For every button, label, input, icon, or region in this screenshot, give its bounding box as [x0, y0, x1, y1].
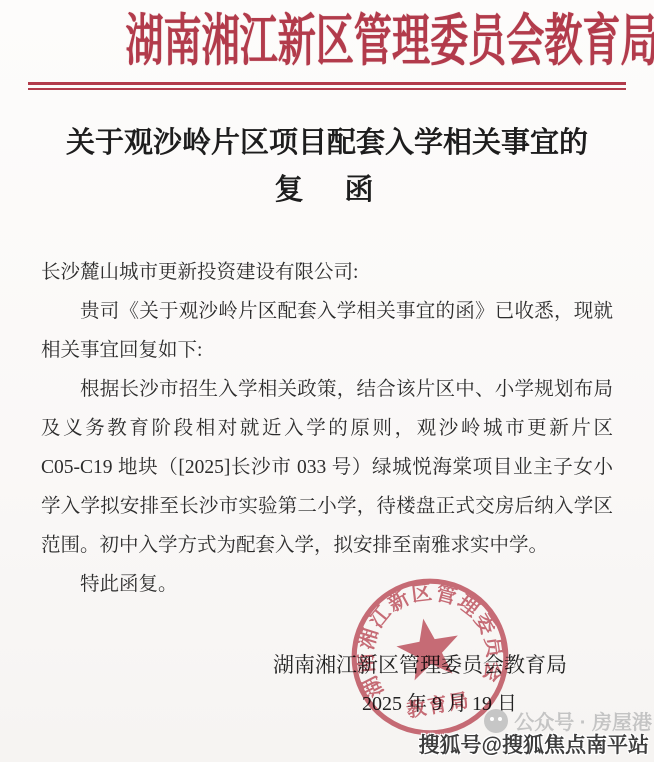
letterhead: 湖南湘江新区管理委员会教育局 [0, 0, 654, 74]
body-line: 及义务教育阶段相对就近入学的原则，观沙岭城市更新片区 [41, 409, 613, 448]
body-line: 根据长沙市招生入学相关政策，结合该片区中、小学规划布局 [41, 370, 613, 409]
letter-body: 长沙麓山城市更新投资建设有限公司:贵司《关于观沙岭片区配套入学相关事宜的函》已收… [0, 253, 654, 604]
official-letter-page: 湖南湘江新区管理委员会教育局 关于观沙岭片区项目配套入学相关事宜的 复 函 长沙… [0, 0, 654, 762]
body-line: C05-C19 地块（[2025]长沙市 033 号）绿城悦海棠项目业主子女小 [41, 448, 613, 487]
document-title-line2: 复 函 [0, 173, 654, 207]
signature-agency: 湖南湘江新区管理委员会教育局 [0, 646, 654, 685]
body-line: 贵司《关于观沙岭片区配套入学相关事宜的函》已收悉，现就 [41, 292, 613, 331]
body-line: 学入学拟安排至长沙市实验第二小学，待楼盘正式交房后纳入学区 [41, 487, 613, 526]
letterhead-agency-name: 湖南湘江新区管理委员会教育局 [125, 10, 654, 74]
body-line: 长沙麓山城市更新投资建设有限公司: [41, 253, 613, 292]
sohu-watermark: 搜狐号@搜狐焦点南平站 [419, 729, 649, 759]
document-title-line1: 关于观沙岭片区项目配套入学相关事宜的 [0, 126, 654, 160]
body-line: 相关事宜回复如下: [41, 331, 613, 370]
body-line: 特此函复。 [41, 565, 613, 604]
body-line: 范围。初中入学方式为配套入学，拟安排至南雅求实中学。 [41, 526, 613, 565]
letterhead-divider [28, 82, 626, 90]
